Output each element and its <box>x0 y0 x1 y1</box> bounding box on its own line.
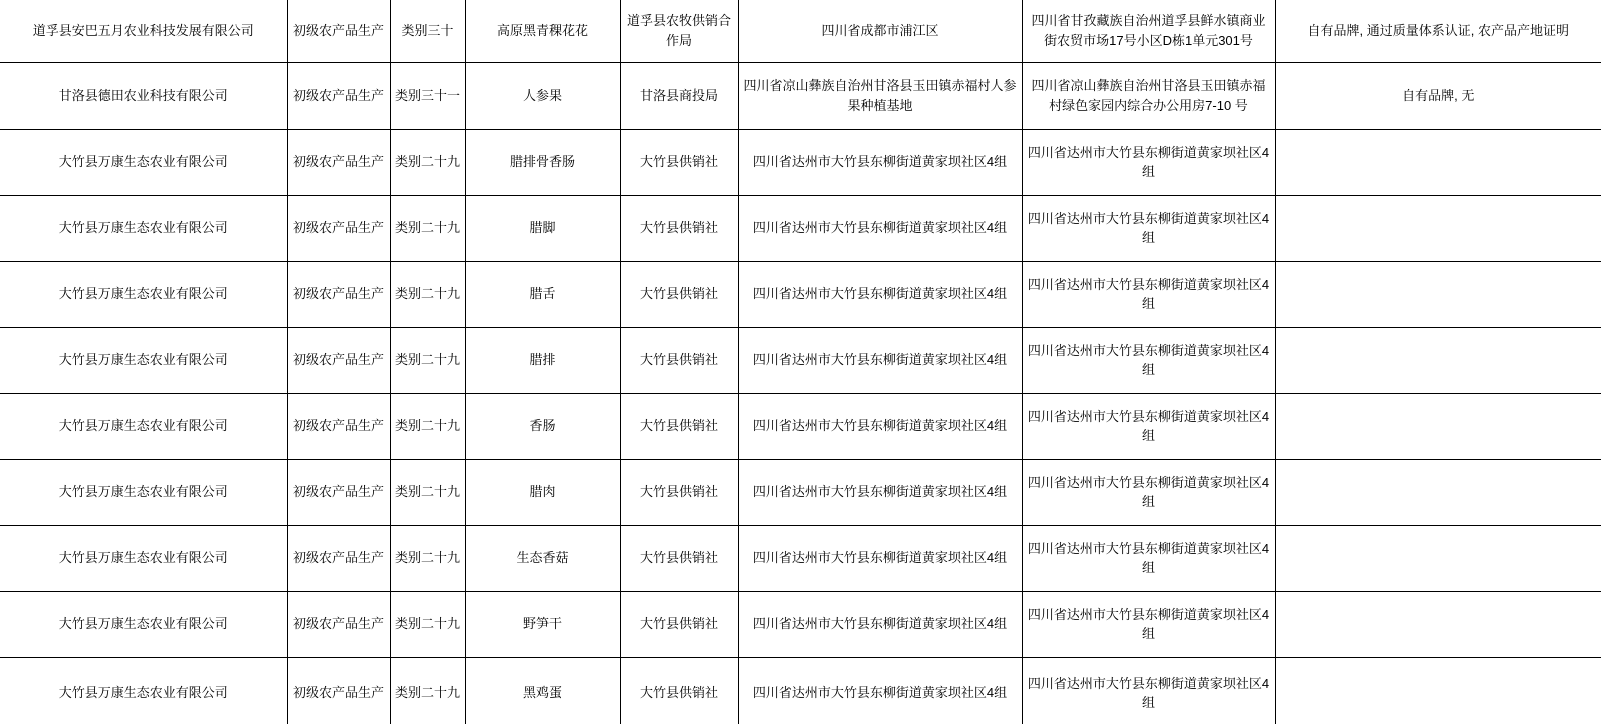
cell-producer-type: 初级农产品生产 <box>287 591 390 657</box>
cell-producer-type: 初级农产品生产 <box>287 195 390 261</box>
cell-category: 类别二十九 <box>390 657 465 724</box>
cell-remarks <box>1275 525 1601 591</box>
cell-product-name: 腊排骨香肠 <box>465 129 620 195</box>
cell-company-name: 大竹县万康生态农业有限公司 <box>0 393 287 459</box>
table-body: 道孚县安巴五月农业科技发展有限公司初级农产品生产类别三十高原黑青稞花花道孚县农牧… <box>0 0 1601 724</box>
cell-registered-address: 四川省达州市大竹县东柳街道黄家坝社区4组 <box>1022 591 1275 657</box>
cell-company-name: 大竹县万康生态农业有限公司 <box>0 195 287 261</box>
cell-producer-type: 初级农产品生产 <box>287 657 390 724</box>
cell-category: 类别二十九 <box>390 459 465 525</box>
cell-product-name: 腊脚 <box>465 195 620 261</box>
cell-product-name: 黑鸡蛋 <box>465 657 620 724</box>
cell-company-name: 大竹县万康生态农业有限公司 <box>0 261 287 327</box>
cell-production-address: 四川省达州市大竹县东柳街道黄家坝社区4组 <box>738 129 1022 195</box>
cell-remarks: 自有品牌, 通过质量体系认证, 农产品产地证明 <box>1275 0 1601 62</box>
cell-remarks <box>1275 591 1601 657</box>
cell-remarks <box>1275 261 1601 327</box>
cell-category: 类别二十九 <box>390 129 465 195</box>
cell-registered-address: 四川省达州市大竹县东柳街道黄家坝社区4组 <box>1022 129 1275 195</box>
cell-production-address: 四川省凉山彝族自治州甘洛县玉田镇赤福村人参果种植基地 <box>738 62 1022 129</box>
cell-recommending-unit: 大竹县供销社 <box>620 195 738 261</box>
cell-category: 类别二十九 <box>390 591 465 657</box>
cell-product-name: 生态香菇 <box>465 525 620 591</box>
cell-registered-address: 四川省达州市大竹县东柳街道黄家坝社区4组 <box>1022 261 1275 327</box>
table-row: 大竹县万康生态农业有限公司初级农产品生产类别二十九生态香菇大竹县供销社四川省达州… <box>0 525 1601 591</box>
cell-product-name: 香肠 <box>465 393 620 459</box>
cell-product-name: 高原黑青稞花花 <box>465 0 620 62</box>
cell-producer-type: 初级农产品生产 <box>287 393 390 459</box>
cell-company-name: 大竹县万康生态农业有限公司 <box>0 327 287 393</box>
cell-category: 类别二十九 <box>390 525 465 591</box>
cell-registered-address: 四川省达州市大竹县东柳街道黄家坝社区4组 <box>1022 525 1275 591</box>
cell-product-name: 腊排 <box>465 327 620 393</box>
table-row: 大竹县万康生态农业有限公司初级农产品生产类别二十九黑鸡蛋大竹县供销社四川省达州市… <box>0 657 1601 724</box>
cell-recommending-unit: 大竹县供销社 <box>620 261 738 327</box>
cell-producer-type: 初级农产品生产 <box>287 0 390 62</box>
cell-producer-type: 初级农产品生产 <box>287 459 390 525</box>
cell-company-name: 道孚县安巴五月农业科技发展有限公司 <box>0 0 287 62</box>
cell-producer-type: 初级农产品生产 <box>287 327 390 393</box>
table-row: 大竹县万康生态农业有限公司初级农产品生产类别二十九腊肉大竹县供销社四川省达州市大… <box>0 459 1601 525</box>
cell-company-name: 大竹县万康生态农业有限公司 <box>0 657 287 724</box>
cell-company-name: 大竹县万康生态农业有限公司 <box>0 591 287 657</box>
cell-recommending-unit: 大竹县供销社 <box>620 459 738 525</box>
cell-company-name: 甘洛县德田农业科技有限公司 <box>0 62 287 129</box>
cell-production-address: 四川省达州市大竹县东柳街道黄家坝社区4组 <box>738 459 1022 525</box>
cell-category: 类别三十一 <box>390 62 465 129</box>
cell-remarks <box>1275 327 1601 393</box>
cell-recommending-unit: 大竹县供销社 <box>620 591 738 657</box>
cell-registered-address: 四川省凉山彝族自治州甘洛县玉田镇赤福村绿色家园内综合办公用房7-10 号 <box>1022 62 1275 129</box>
cell-recommending-unit: 甘洛县商投局 <box>620 62 738 129</box>
cell-category: 类别二十九 <box>390 261 465 327</box>
cell-remarks <box>1275 195 1601 261</box>
cell-producer-type: 初级农产品生产 <box>287 129 390 195</box>
table-row: 大竹县万康生态农业有限公司初级农产品生产类别二十九腊舌大竹县供销社四川省达州市大… <box>0 261 1601 327</box>
cell-category: 类别三十 <box>390 0 465 62</box>
table-row: 大竹县万康生态农业有限公司初级农产品生产类别二十九香肠大竹县供销社四川省达州市大… <box>0 393 1601 459</box>
cell-product-name: 野笋干 <box>465 591 620 657</box>
cell-production-address: 四川省达州市大竹县东柳街道黄家坝社区4组 <box>738 195 1022 261</box>
table-row: 甘洛县德田农业科技有限公司初级农产品生产类别三十一人参果甘洛县商投局四川省凉山彝… <box>0 62 1601 129</box>
cell-remarks <box>1275 459 1601 525</box>
cell-product-name: 人参果 <box>465 62 620 129</box>
producers-table: 道孚县安巴五月农业科技发展有限公司初级农产品生产类别三十高原黑青稞花花道孚县农牧… <box>0 0 1601 724</box>
table-row: 大竹县万康生态农业有限公司初级农产品生产类别二十九腊脚大竹县供销社四川省达州市大… <box>0 195 1601 261</box>
cell-product-name: 腊肉 <box>465 459 620 525</box>
cell-producer-type: 初级农产品生产 <box>287 62 390 129</box>
cell-remarks <box>1275 393 1601 459</box>
cell-producer-type: 初级农产品生产 <box>287 261 390 327</box>
cell-registered-address: 四川省达州市大竹县东柳街道黄家坝社区4组 <box>1022 393 1275 459</box>
cell-registered-address: 四川省达州市大竹县东柳街道黄家坝社区4组 <box>1022 195 1275 261</box>
cell-production-address: 四川省达州市大竹县东柳街道黄家坝社区4组 <box>738 657 1022 724</box>
table-viewport: 道孚县安巴五月农业科技发展有限公司初级农产品生产类别三十高原黑青稞花花道孚县农牧… <box>0 0 1601 724</box>
cell-recommending-unit: 大竹县供销社 <box>620 525 738 591</box>
table-row: 大竹县万康生态农业有限公司初级农产品生产类别二十九腊排大竹县供销社四川省达州市大… <box>0 327 1601 393</box>
cell-production-address: 四川省达州市大竹县东柳街道黄家坝社区4组 <box>738 393 1022 459</box>
cell-registered-address: 四川省达州市大竹县东柳街道黄家坝社区4组 <box>1022 657 1275 724</box>
cell-producer-type: 初级农产品生产 <box>287 525 390 591</box>
cell-recommending-unit: 大竹县供销社 <box>620 129 738 195</box>
cell-company-name: 大竹县万康生态农业有限公司 <box>0 525 287 591</box>
cell-remarks: 自有品牌, 无 <box>1275 62 1601 129</box>
cell-company-name: 大竹县万康生态农业有限公司 <box>0 459 287 525</box>
table-row: 大竹县万康生态农业有限公司初级农产品生产类别二十九腊排骨香肠大竹县供销社四川省达… <box>0 129 1601 195</box>
cell-registered-address: 四川省达州市大竹县东柳街道黄家坝社区4组 <box>1022 327 1275 393</box>
cell-production-address: 四川省成都市浦江区 <box>738 0 1022 62</box>
table-row: 大竹县万康生态农业有限公司初级农产品生产类别二十九野笋干大竹县供销社四川省达州市… <box>0 591 1601 657</box>
cell-category: 类别二十九 <box>390 327 465 393</box>
cell-recommending-unit: 大竹县供销社 <box>620 657 738 724</box>
cell-product-name: 腊舌 <box>465 261 620 327</box>
cell-recommending-unit: 大竹县供销社 <box>620 327 738 393</box>
cell-registered-address: 四川省达州市大竹县东柳街道黄家坝社区4组 <box>1022 459 1275 525</box>
cell-production-address: 四川省达州市大竹县东柳街道黄家坝社区4组 <box>738 525 1022 591</box>
cell-recommending-unit: 道孚县农牧供销合作局 <box>620 0 738 62</box>
cell-remarks <box>1275 657 1601 724</box>
cell-company-name: 大竹县万康生态农业有限公司 <box>0 129 287 195</box>
cell-production-address: 四川省达州市大竹县东柳街道黄家坝社区4组 <box>738 591 1022 657</box>
table-row: 道孚县安巴五月农业科技发展有限公司初级农产品生产类别三十高原黑青稞花花道孚县农牧… <box>0 0 1601 62</box>
cell-remarks <box>1275 129 1601 195</box>
cell-production-address: 四川省达州市大竹县东柳街道黄家坝社区4组 <box>738 261 1022 327</box>
cell-recommending-unit: 大竹县供销社 <box>620 393 738 459</box>
cell-registered-address: 四川省甘孜藏族自治州道孚县鲜水镇商业街农贸市场17号小区D栋1单元301号 <box>1022 0 1275 62</box>
cell-production-address: 四川省达州市大竹县东柳街道黄家坝社区4组 <box>738 327 1022 393</box>
cell-category: 类别二十九 <box>390 195 465 261</box>
cell-category: 类别二十九 <box>390 393 465 459</box>
